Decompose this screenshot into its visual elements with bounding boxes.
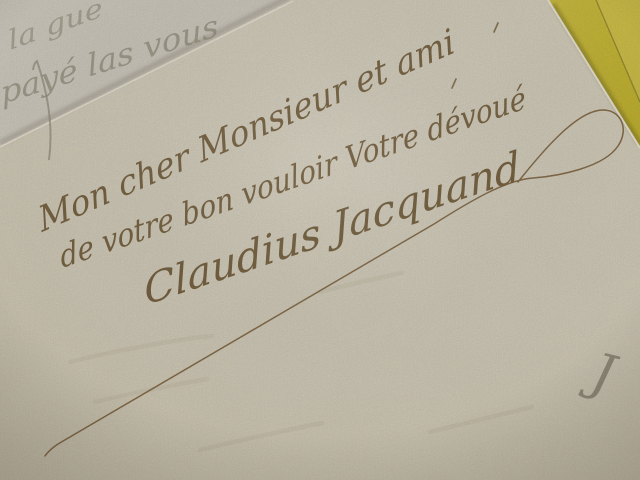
photo-letter-scene: la gue payé las vous Mon cher Monsieur e… <box>0 0 640 480</box>
grain-overlay <box>0 0 640 480</box>
